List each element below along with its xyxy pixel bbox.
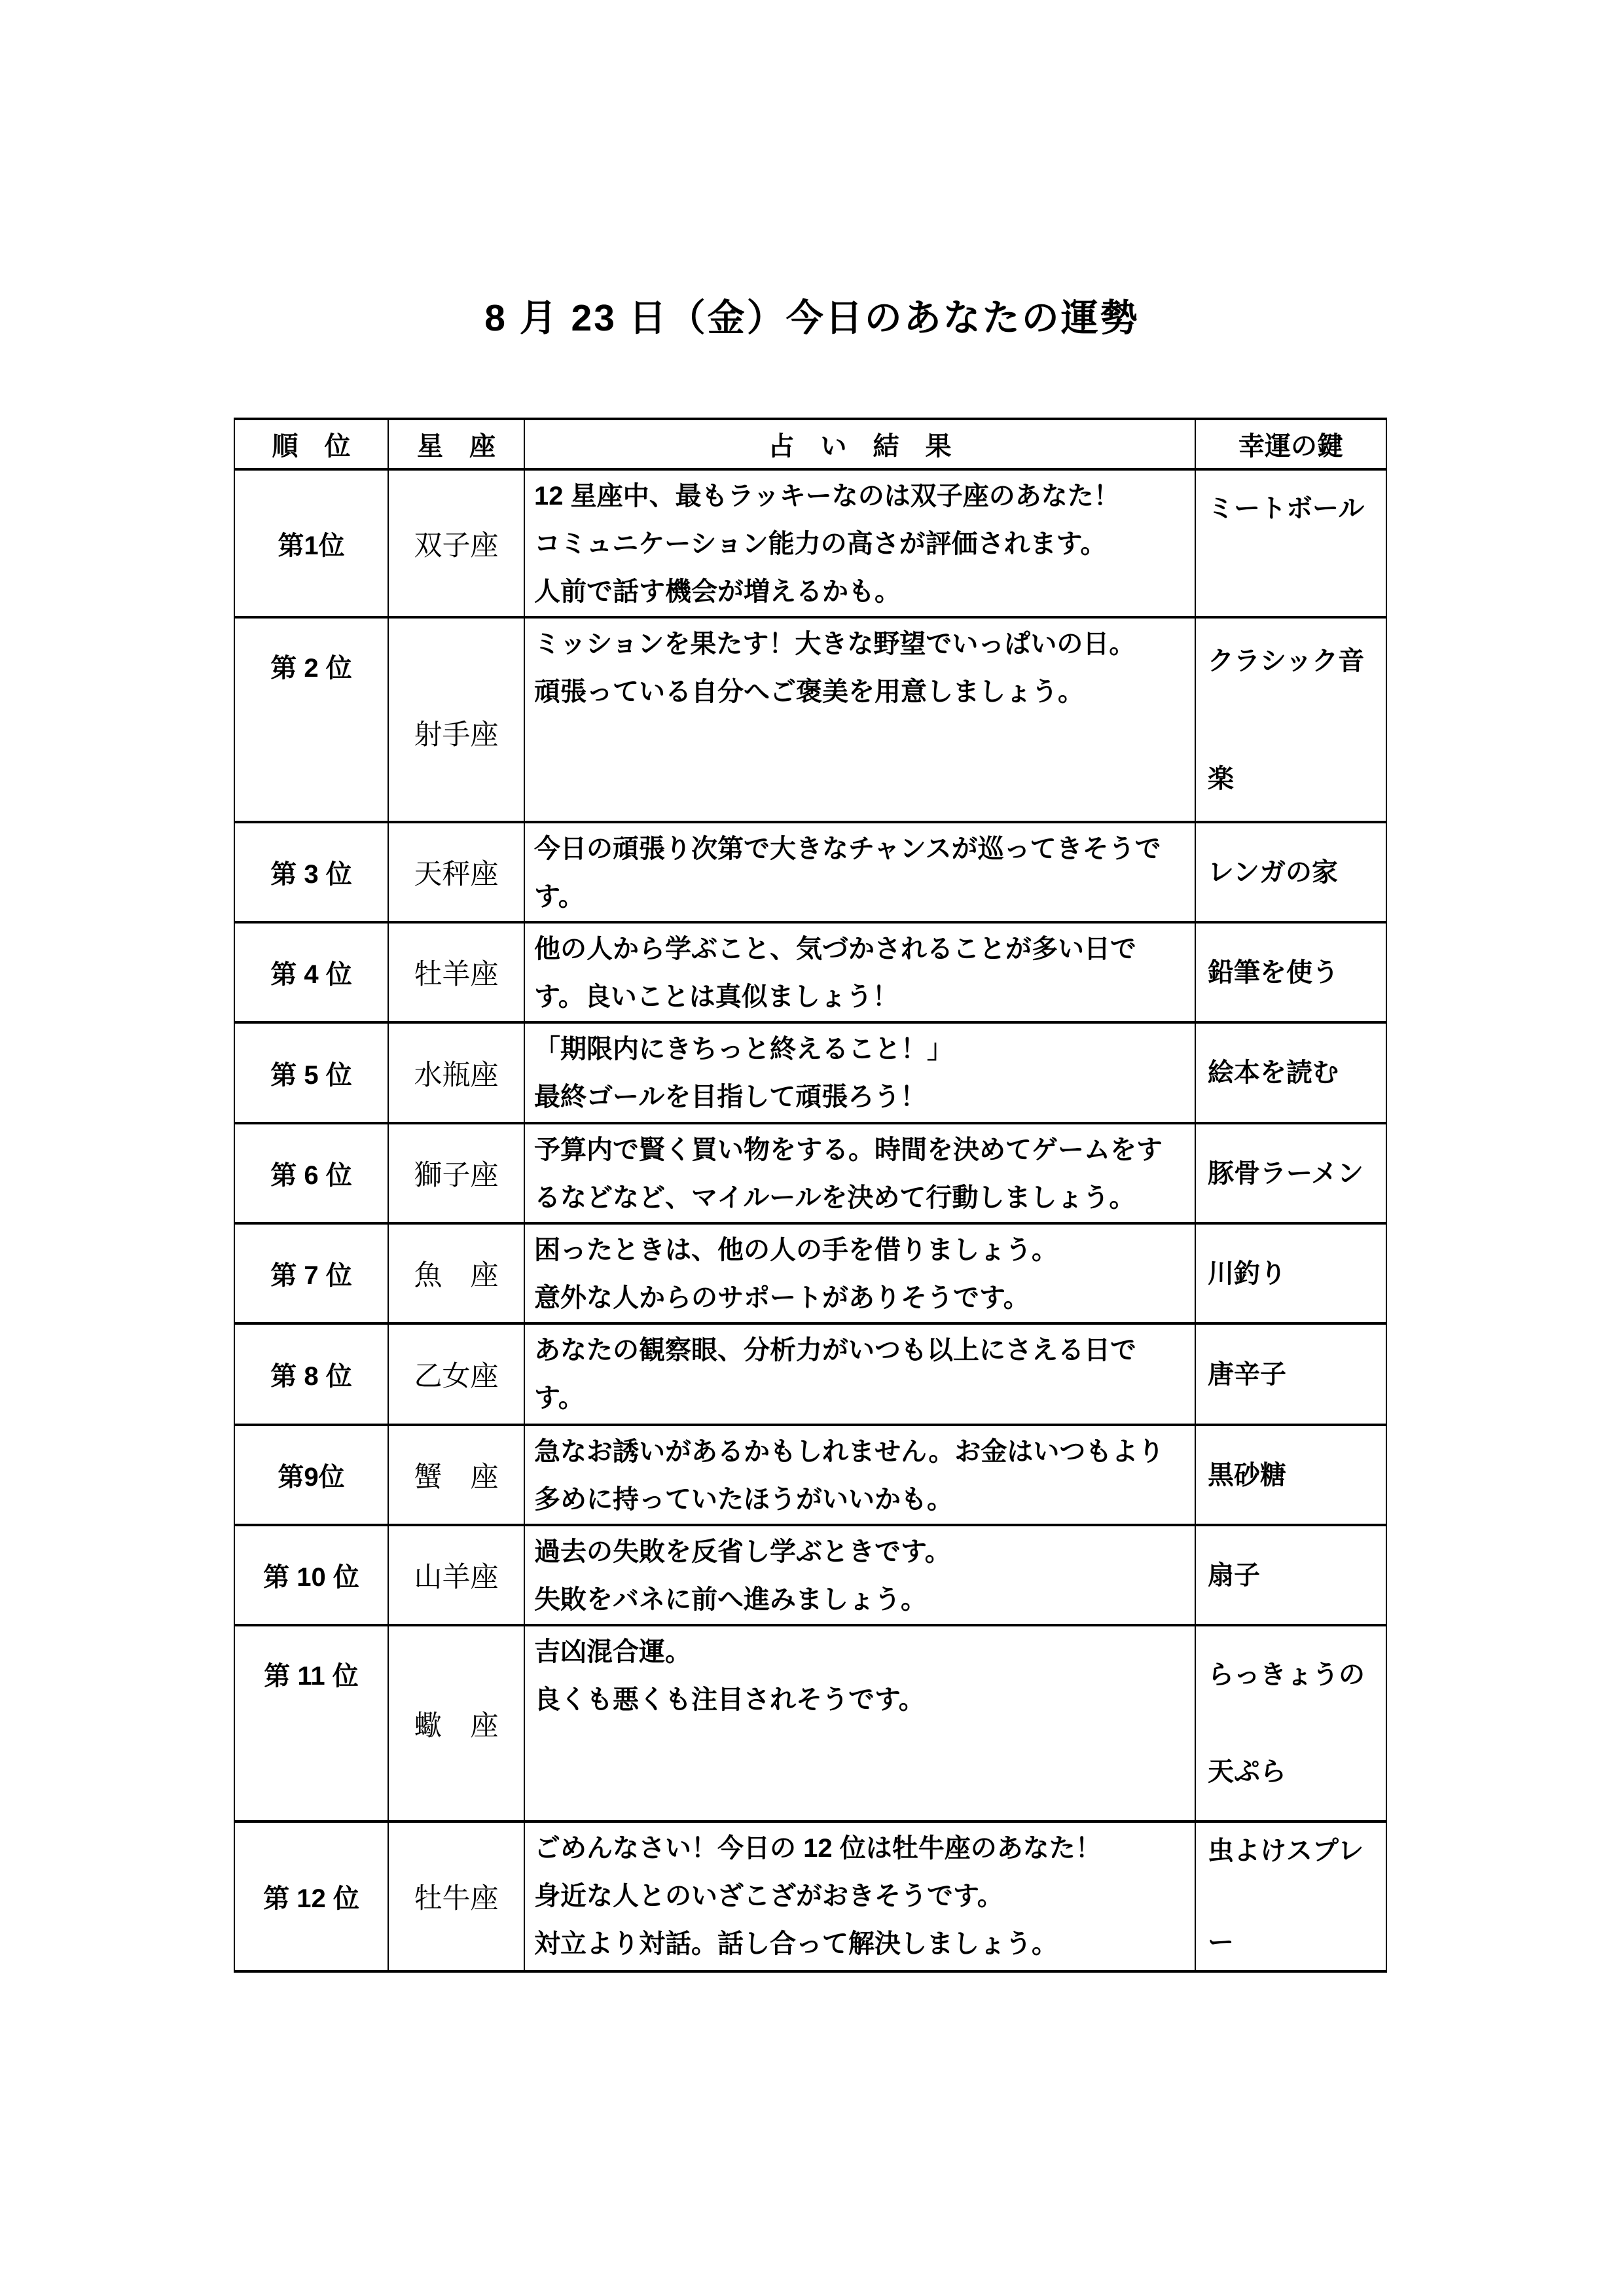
sign-cell: 蠍 座 bbox=[388, 1625, 524, 1821]
fortune-line: す。 bbox=[534, 1374, 1188, 1422]
fortune-cell: 「期限内にきちっと終えること！」最終ゴールを目指して頑張ろう！ bbox=[524, 1022, 1195, 1123]
fortune-cell: ミッションを果たす！大きな野望でいっぱいの日。頑張っている自分へご褒美を用意しま… bbox=[524, 617, 1195, 822]
rank-cell: 第 4 位 bbox=[234, 922, 388, 1022]
table-row: 第 12 位牡牛座ごめんなさい！今日の 12 位は牡牛座のあなた！身近な人とのい… bbox=[234, 1821, 1386, 1971]
fortune-line: 身近な人とのいざこざがおきそうです。 bbox=[534, 1873, 1188, 1920]
fortune-line: 「期限内にきちっと終えること！」 bbox=[534, 1026, 1188, 1073]
table-body: 第1位双子座12 星座中、最もラッキーなのは双子座のあなた！コミュニケーション能… bbox=[234, 469, 1386, 1971]
fortune-line: 今日の頑張り次第で大きなチャンスが巡ってきそうで bbox=[534, 825, 1188, 873]
sign-cell: 天秤座 bbox=[388, 822, 524, 922]
table-row: 第1位双子座12 星座中、最もラッキーなのは双子座のあなた！コミュニケーション能… bbox=[234, 469, 1386, 617]
lucky-line: 豚骨ラーメン bbox=[1208, 1153, 1383, 1194]
rank-cell: 第 8 位 bbox=[234, 1323, 388, 1425]
fortune-line: ミッションを果たす！大きな野望でいっぱいの日。 bbox=[534, 620, 1188, 668]
sign-cell: 牡牛座 bbox=[388, 1821, 524, 1971]
table-row: 第 4 位牡羊座他の人から学ぶこと、気づかされることが多い日です。良いことは真似… bbox=[234, 922, 1386, 1022]
fortune-cell: 今日の頑張り次第で大きなチャンスが巡ってきそうです。 bbox=[524, 822, 1195, 922]
sign-cell: 蟹 座 bbox=[388, 1425, 524, 1525]
fortune-line: す。良いことは真似ましょう！ bbox=[534, 973, 1188, 1021]
sign-cell: 牡羊座 bbox=[388, 922, 524, 1022]
sign-cell: 水瓶座 bbox=[388, 1022, 524, 1123]
fortune-line: 対立より対話。話し合って解決しましょう。 bbox=[534, 1920, 1188, 1968]
rank-cell: 第9位 bbox=[234, 1425, 388, 1525]
sign-cell: 双子座 bbox=[388, 469, 524, 617]
fortune-line: 予算内で賢く買い物をする。時間を決めてゲームをす bbox=[534, 1126, 1188, 1174]
fortune-line: ごめんなさい！今日の 12 位は牡牛座のあなた！ bbox=[534, 1825, 1188, 1873]
rank-cell: 第 7 位 bbox=[234, 1223, 388, 1323]
fortune-line: 失敗をバネに前へ進みましょう。 bbox=[534, 1576, 1188, 1624]
lucky-cell: 川釣り bbox=[1195, 1223, 1386, 1323]
lucky-cell: ミートボール bbox=[1195, 469, 1386, 617]
sign-cell: 射手座 bbox=[388, 617, 524, 822]
fortune-cell: ごめんなさい！今日の 12 位は牡牛座のあなた！身近な人とのいざこざがおきそうで… bbox=[524, 1821, 1195, 1971]
fortune-line: 過去の失敗を反省し学ぶときです。 bbox=[534, 1528, 1188, 1576]
lucky-line: ー bbox=[1208, 1922, 1383, 1964]
fortune-line: 最終ゴールを目指して頑張ろう！ bbox=[534, 1073, 1188, 1121]
fortune-cell: 困ったときは、他の人の手を借りましょう。意外な人からのサポートがありそうです。 bbox=[524, 1223, 1195, 1323]
table-row: 第 3 位天秤座今日の頑張り次第で大きなチャンスが巡ってきそうです。レンガの家 bbox=[234, 822, 1386, 922]
lucky-cell: 豚骨ラーメン bbox=[1195, 1123, 1386, 1223]
rank-cell: 第 12 位 bbox=[234, 1821, 388, 1971]
lucky-cell: 虫よけスプレー bbox=[1195, 1821, 1386, 1971]
header-rank: 順 位 bbox=[234, 419, 388, 469]
fortune-line: 急なお誘いがあるかもしれません。お金はいつもより bbox=[534, 1428, 1188, 1476]
fortune-line: 吉凶混合運。 bbox=[534, 1628, 1188, 1676]
rank-cell: 第 11 位 bbox=[234, 1625, 388, 1821]
fortune-line: 困ったときは、他の人の手を借りましょう。 bbox=[534, 1227, 1188, 1274]
fortune-line: 他の人から学ぶこと、気づかされることが多い日で bbox=[534, 925, 1188, 973]
lucky-line: 虫よけスプレ bbox=[1208, 1830, 1383, 1872]
table-row: 第 10 位山羊座過去の失敗を反省し学ぶときです。失敗をバネに前へ進みましょう。… bbox=[234, 1525, 1386, 1625]
lucky-cell: レンガの家 bbox=[1195, 822, 1386, 922]
table-row: 第 6 位獅子座予算内で賢く買い物をする。時間を決めてゲームをするなどなど、マイ… bbox=[234, 1123, 1386, 1223]
fortune-cell: 過去の失敗を反省し学ぶときです。失敗をバネに前へ進みましょう。 bbox=[524, 1525, 1195, 1625]
lucky-line: 鉛筆を使う bbox=[1208, 952, 1383, 994]
fortune-line: 多めに持っていたほうがいいかも。 bbox=[534, 1476, 1188, 1524]
header-sign: 星 座 bbox=[388, 419, 524, 469]
sign-cell: 乙女座 bbox=[388, 1323, 524, 1425]
rank-cell: 第1位 bbox=[234, 469, 388, 617]
fortune-cell: あなたの観察眼、分析力がいつも以上にさえる日です。 bbox=[524, 1323, 1195, 1425]
lucky-line: 唐辛子 bbox=[1208, 1354, 1383, 1395]
page-title: 8 月 23 日（金）今日のあなたの運勢 bbox=[0, 292, 1624, 344]
fortune-cell: 12 星座中、最もラッキーなのは双子座のあなた！コミュニケーション能力の高さが評… bbox=[524, 469, 1195, 617]
rank-cell: 第 3 位 bbox=[234, 822, 388, 922]
fortune-cell: 吉凶混合運。良くも悪くも注目されそうです。 bbox=[524, 1625, 1195, 1821]
header-lucky: 幸運の鍵 bbox=[1195, 419, 1386, 469]
sign-cell: 魚 座 bbox=[388, 1223, 524, 1323]
lucky-cell: 絵本を読む bbox=[1195, 1022, 1386, 1123]
rank-cell: 第 10 位 bbox=[234, 1525, 388, 1625]
sign-cell: 獅子座 bbox=[388, 1123, 524, 1223]
lucky-cell: らっきょうの天ぷら bbox=[1195, 1625, 1386, 1821]
header-fortune: 占 い 結 果 bbox=[524, 419, 1195, 469]
lucky-cell: 鉛筆を使う bbox=[1195, 922, 1386, 1022]
fortune-cell: 他の人から学ぶこと、気づかされることが多い日です。良いことは真似ましょう！ bbox=[524, 922, 1195, 1022]
fortune-line: 頑張っている自分へご褒美を用意しましょう。 bbox=[534, 668, 1188, 716]
fortune-line: あなたの観察眼、分析力がいつも以上にさえる日で bbox=[534, 1327, 1188, 1374]
header-row: 順 位 星 座 占 い 結 果 幸運の鍵 bbox=[234, 419, 1386, 469]
lucky-line: 天ぷら bbox=[1208, 1751, 1383, 1793]
lucky-cell: 扇子 bbox=[1195, 1525, 1386, 1625]
lucky-line: 絵本を読む bbox=[1208, 1052, 1383, 1094]
fortune-line: 意外な人からのサポートがありそうです。 bbox=[534, 1274, 1188, 1322]
rank-cell: 第 5 位 bbox=[234, 1022, 388, 1123]
lucky-line: レンガの家 bbox=[1208, 852, 1383, 893]
lucky-cell: 黒砂糖 bbox=[1195, 1425, 1386, 1525]
fortune-cell: 予算内で賢く買い物をする。時間を決めてゲームをするなどなど、マイルールを決めて行… bbox=[524, 1123, 1195, 1223]
lucky-line: 楽 bbox=[1208, 758, 1383, 800]
rank-cell: 第 6 位 bbox=[234, 1123, 388, 1223]
lucky-line: ミートボール bbox=[1208, 488, 1383, 529]
fortune-line: 12 星座中、最もラッキーなのは双子座のあなた！ bbox=[534, 473, 1188, 520]
rank-cell: 第 2 位 bbox=[234, 617, 388, 822]
table-row: 第9位蟹 座急なお誘いがあるかもしれません。お金はいつもより多めに持っていたほう… bbox=[234, 1425, 1386, 1525]
fortune-cell: 急なお誘いがあるかもしれません。お金はいつもより多めに持っていたほうがいいかも。 bbox=[524, 1425, 1195, 1525]
table-row: 第 5 位水瓶座「期限内にきちっと終えること！」最終ゴールを目指して頑張ろう！絵… bbox=[234, 1022, 1386, 1123]
table-row: 第 2 位射手座ミッションを果たす！大きな野望でいっぱいの日。頑張っている自分へ… bbox=[234, 617, 1386, 822]
fortune-line: す。 bbox=[534, 873, 1188, 921]
fortune-line: コミュニケーション能力の高さが評価されます。 bbox=[534, 520, 1188, 568]
lucky-line: 川釣り bbox=[1208, 1253, 1383, 1295]
lucky-cell: 唐辛子 bbox=[1195, 1323, 1386, 1425]
lucky-line: 扇子 bbox=[1208, 1554, 1383, 1596]
lucky-cell: クラシック音楽 bbox=[1195, 617, 1386, 822]
table-row: 第 11 位蠍 座吉凶混合運。良くも悪くも注目されそうです。らっきょうの天ぷら bbox=[234, 1625, 1386, 1821]
sign-cell: 山羊座 bbox=[388, 1525, 524, 1625]
table-row: 第 8 位乙女座あなたの観察眼、分析力がいつも以上にさえる日です。唐辛子 bbox=[234, 1323, 1386, 1425]
table-row: 第 7 位魚 座困ったときは、他の人の手を借りましょう。意外な人からのサポートが… bbox=[234, 1223, 1386, 1323]
fortune-line: 良くも悪くも注目されそうです。 bbox=[534, 1676, 1188, 1724]
lucky-line: らっきょうの bbox=[1208, 1654, 1383, 1696]
lucky-line: 黒砂糖 bbox=[1208, 1454, 1383, 1496]
fortune-table: 順 位 星 座 占 い 結 果 幸運の鍵 第1位双子座12 星座中、最もラッキー… bbox=[234, 418, 1387, 1973]
fortune-line: 人前で話す機会が増えるかも。 bbox=[534, 568, 1188, 616]
document-page: { "page": { "title": "8 月 23 日（金）今日のあなたの… bbox=[0, 0, 1624, 2296]
fortune-line: るなどなど、マイルールを決めて行動しましょう。 bbox=[534, 1174, 1188, 1222]
lucky-line: クラシック音 bbox=[1208, 640, 1383, 682]
